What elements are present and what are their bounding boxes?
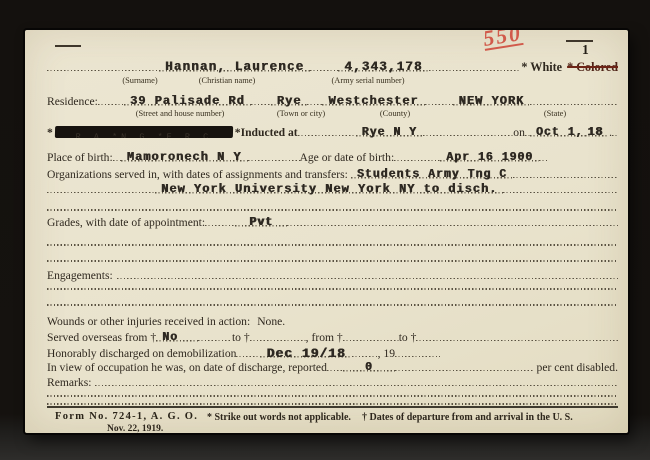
dotted-leader [250,340,306,342]
dotted-leader [394,160,440,162]
dotted-leader [395,370,534,372]
age-label: Age or date of birth: [300,151,395,164]
dotted-leader [612,135,618,137]
dotted-leader [47,70,159,72]
residence-label: Residence: [47,95,98,108]
remarks-label: Remarks: [47,376,91,389]
state-label: (State) [544,109,566,118]
organizations-label: Organizations served in, with dates of a… [47,168,348,181]
blank-rule [47,244,618,246]
record-card: 550 1 Hannan, Laurence 4,343,178 * White… [25,30,628,433]
dotted-leader [205,225,235,227]
asterisk-mark: * [47,126,53,139]
disability-suffix-label: per cent disabled. [537,361,618,374]
county-value: Westchester [322,95,424,108]
dotted-leader [530,104,618,106]
page-number: 1 [582,42,589,58]
dotted-leader [539,160,549,162]
overseas-label: Served overseas from † [47,331,156,344]
dotted-leader [343,340,399,342]
inducted-at-label: *Inducted at [235,126,298,139]
organizations-row-2: New York University New York NY to disch… [47,181,618,196]
grades-label: Grades, with date of appointment: [47,216,205,229]
dotted-leader [236,356,260,358]
top-left-mark [55,45,81,47]
dotted-leader [47,192,155,194]
dotted-leader [395,356,440,358]
street-value: 39 Palisade Rd [124,95,251,108]
organizations-value-line2: New York University New York NY to disch… [155,183,503,196]
place-of-birth-value: Mamoronech N Y [121,151,248,164]
grade-value: Pvt [235,216,287,229]
overseas-from1-value: No [156,331,198,344]
blank-rule [47,209,618,211]
overseas-row: Served overseas from † No to † , from † … [47,329,618,344]
induction-date-value: Oct 1, [530,126,585,139]
induction-place-value: Rye N Y [356,126,423,139]
dotted-leader [513,177,618,179]
wounds-label: Wounds or other injuries received in act… [47,315,250,328]
dotted-leader [423,135,513,137]
street-label: (Street and house number) [136,109,225,118]
redaction-bar: R A *N G *E R C [55,126,233,138]
grades-row: Grades, with date of appointment: Pvt [47,214,618,229]
engagements-label: Engagements: [47,269,113,282]
period-mark: . [609,126,612,139]
dotted-leader [248,160,300,162]
surname-label: (Surname) [122,76,157,85]
dotted-leader [307,104,322,106]
place-of-birth-label: Place of birth: [47,151,113,164]
christian-name-label: (Christian name) [199,76,256,85]
serial-value: 4,343,178 [338,61,428,74]
town-label: (Town or city) [277,109,325,118]
disability-label: In view of occupation he was, on date of… [47,361,327,374]
dotted-leader [298,135,356,137]
wounds-value: None. [257,315,285,328]
wounds-row: Wounds or other injuries received in act… [47,314,618,328]
blank-rule [47,395,618,397]
surname-value: Hannan, Laurence [159,61,310,74]
blank-rule [47,288,618,290]
dotted-leader [95,385,618,387]
town-value: Rye [271,95,308,108]
dotted-leader [416,340,618,342]
induction-row: * R A *N G *E R C *Inducted at Rye N Y o… [47,124,618,139]
on-label: on [513,126,525,139]
dotted-leader [352,356,378,358]
overseas-to2-label: to † [399,331,417,344]
state-value: NEW YORK [453,95,531,108]
blank-rule [47,260,618,262]
organizations-row: Organizations served in, with dates of a… [47,166,618,181]
form-number: Form No. 724-1, A. G. O. [55,411,198,422]
induction-year-value: 18 [585,126,609,139]
dotted-leader [425,104,453,106]
engagements-row: Engagements: [47,267,618,282]
dotted-leader [117,278,618,280]
colored-option-struck: * Colored [567,61,618,74]
disability-row: In view of occupation he was, on date of… [47,359,618,374]
footnote-dagger: † Dates of departure from and arrival in… [362,412,573,423]
overseas-from2-label: , from † [306,331,343,344]
dotted-leader [113,160,121,162]
redacted-text: R A *N G *E R C [75,132,212,138]
bottom-rule-solid [47,406,618,408]
dotted-leader [327,370,343,372]
dotted-leader [287,225,618,227]
age-value: Apr 16 1900 [440,151,539,164]
dotted-leader [429,70,520,72]
overseas-to1-label: to † [232,331,250,344]
dotted-leader [310,70,338,72]
blank-rule [47,304,618,306]
disability-value: 0 [343,361,395,374]
form-date: Nov. 22, 1919. [107,424,163,433]
serial-label: (Army serial number) [331,76,404,85]
organizations-value-line1: Students Army Tng C [351,168,513,181]
dotted-leader [503,192,618,194]
dotted-leader [98,104,124,106]
white-option: * White [521,61,562,74]
dotted-leader [198,340,232,342]
discharge-row: Honorably discharged on demobilization D… [47,344,618,360]
bottom-rule-dotted [47,403,618,405]
remarks-row: Remarks: [47,374,618,389]
residence-row: Residence: 39 Palisade Rd Rye Westcheste… [47,91,618,108]
dotted-leader [251,104,271,106]
birth-row: Place of birth: Mamoronech N Y Age or da… [47,149,618,164]
red-handwritten-number: 550 [481,30,524,52]
county-label: (County) [380,109,410,118]
name-row: Hannan, Laurence 4,343,178 * White * Col… [47,57,618,74]
footnote-asterisk: * Strike out words not applicable. [207,412,351,423]
